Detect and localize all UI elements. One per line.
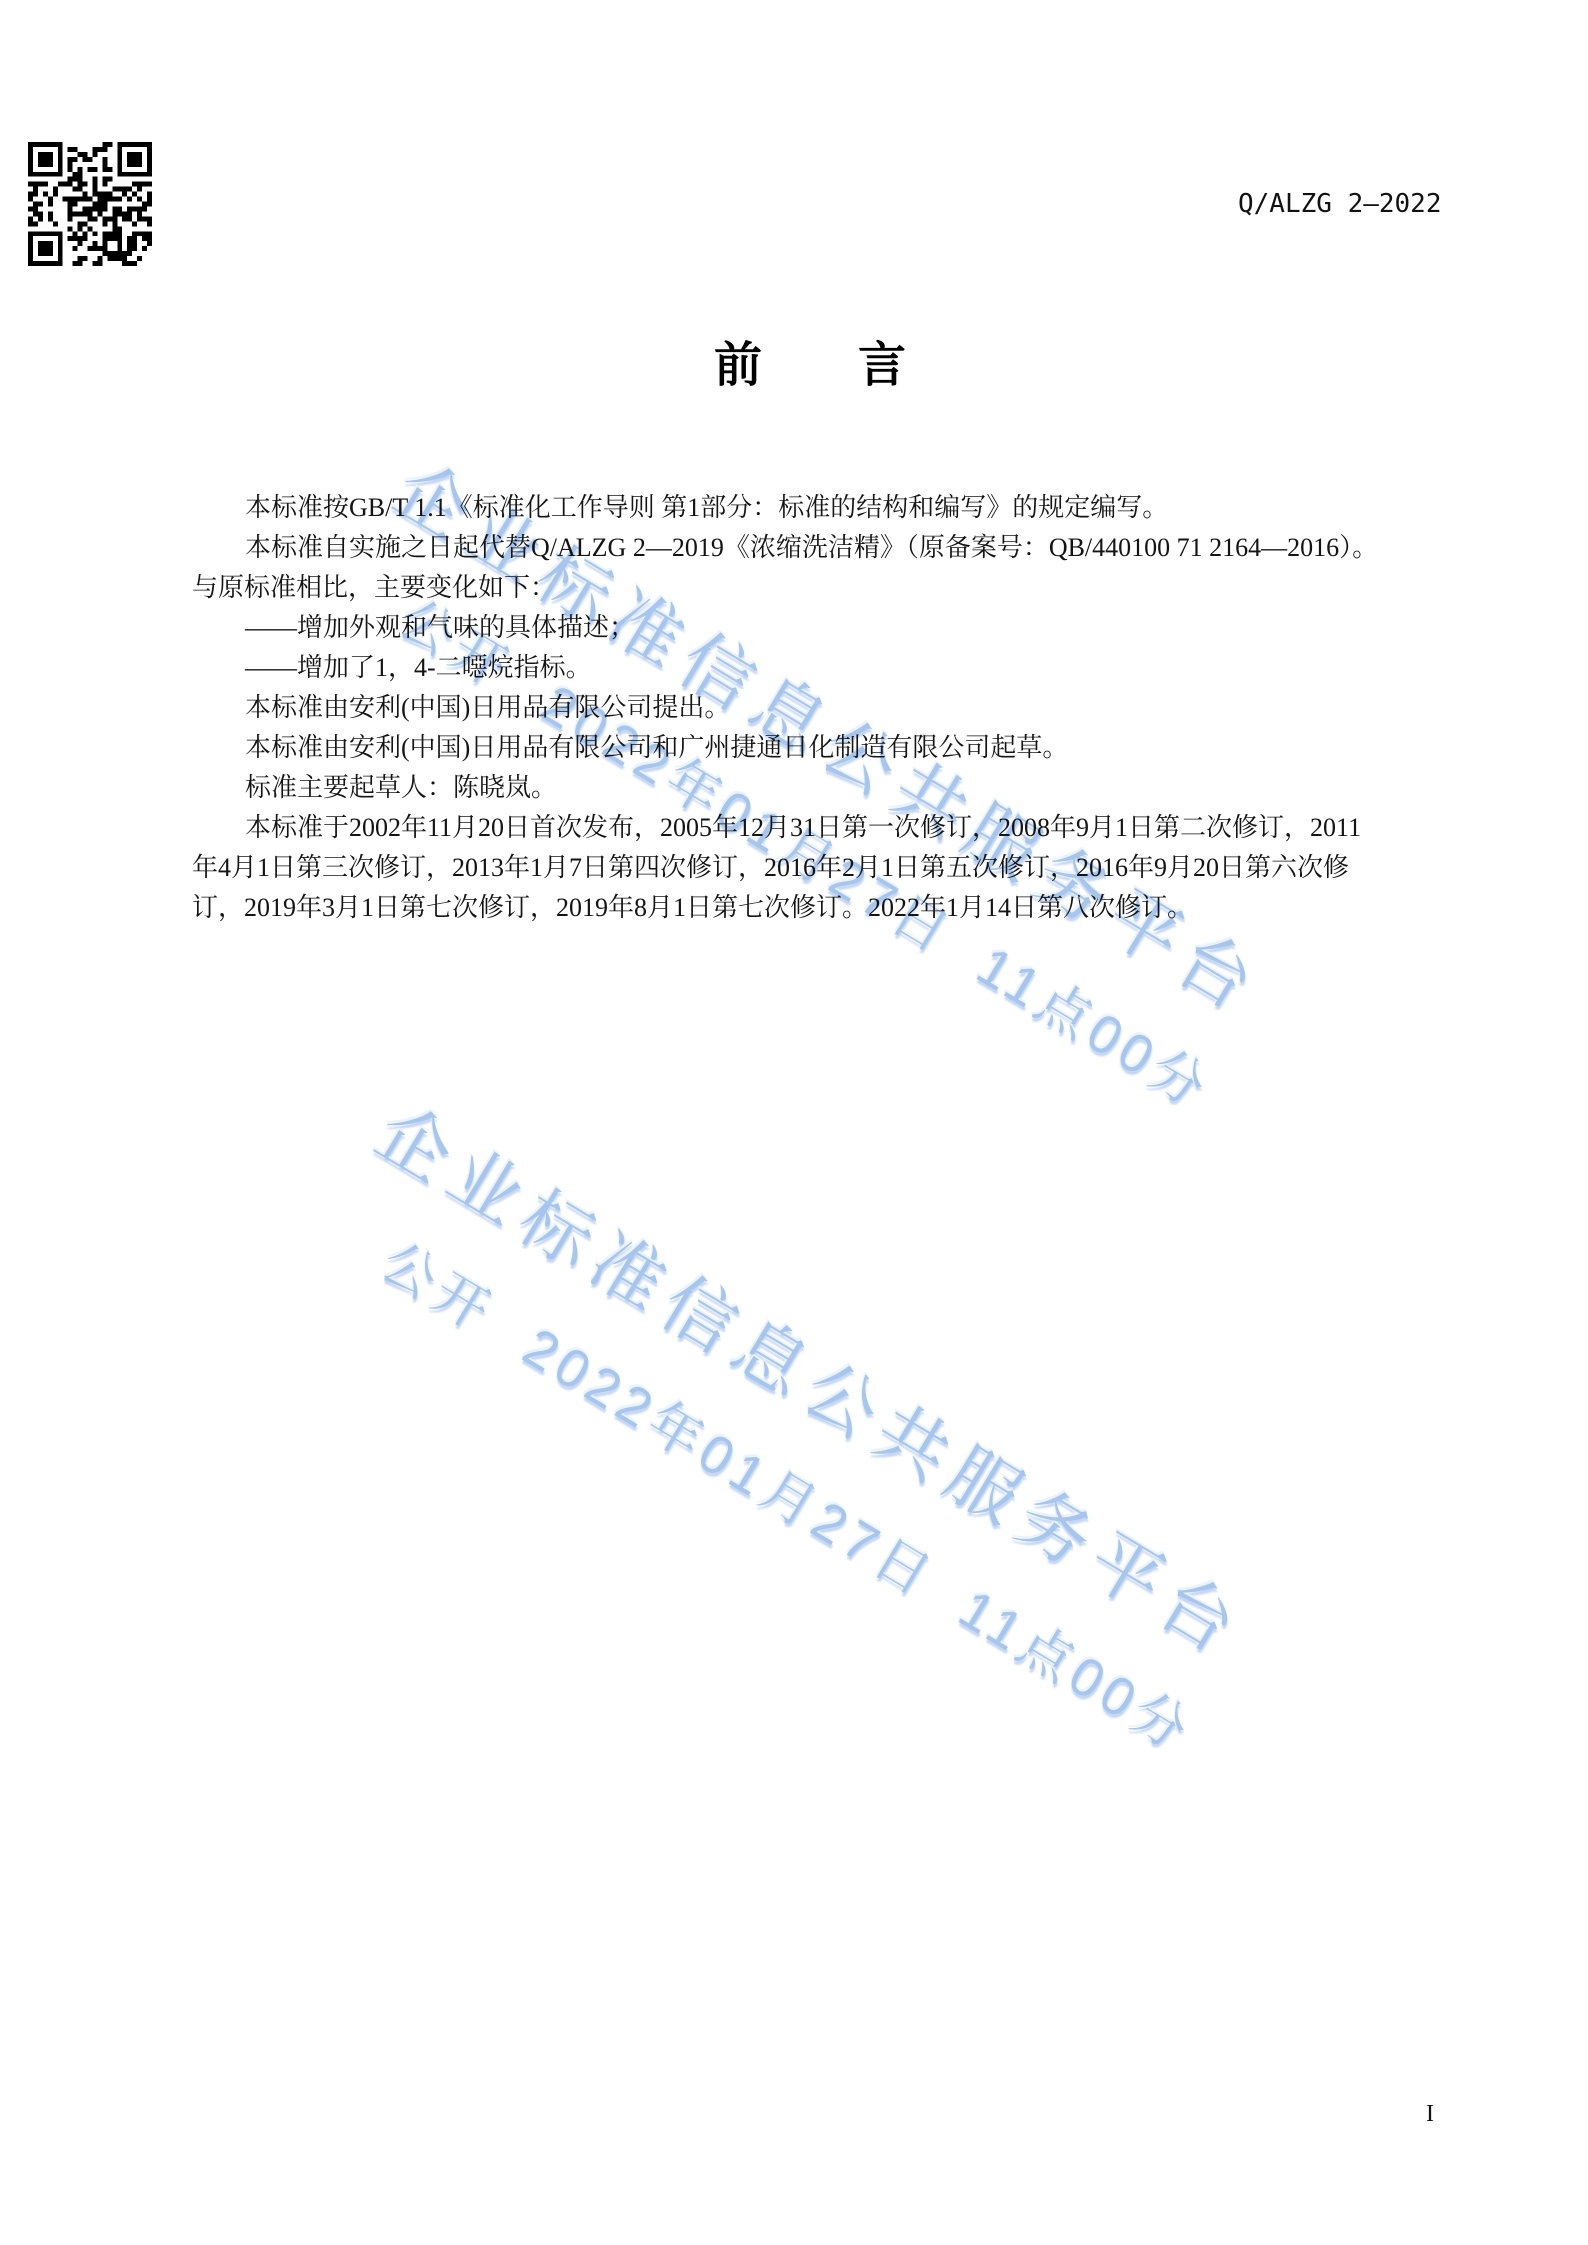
qr-code-icon (28, 142, 152, 266)
page-title: 前言 (0, 341, 1588, 391)
foreword-body: 本标准按GB/T 1.1《标准化工作导则 第1部分：标准的结构和编写》的规定编写… (192, 488, 1462, 928)
page-title-char2: 言 (858, 339, 906, 392)
watermark-public-label: 公开 (371, 1231, 505, 1344)
document-page: 企业标准信息公共服务平台 公开2022年01月27日11点00分 企业标准信息公… (0, 0, 1588, 2245)
watermark-lower: 企业标准信息公共服务平台 公开2022年01月27日11点00分 (312, 1095, 1263, 1761)
foreword-line: ——增加了1，4-二噁烷指标。 (192, 648, 1462, 688)
foreword-line: 本标准由安利(中国)日用品有限公司提出。 (192, 688, 1462, 728)
foreword-line: 本标准自实施之日起代替Q/ALZG 2—2019《浓缩洗洁精》（原备案号：QB/… (192, 528, 1462, 568)
watermark-time: 11点00分 (967, 936, 1221, 1121)
foreword-line: 标准主要起草人：陈晓岚。 (192, 768, 1462, 808)
watermark-time: 11点00分 (949, 1579, 1203, 1764)
doc-number: Q/ALZG 2—2022 (1238, 190, 1442, 219)
page-title-char1: 前 (714, 339, 762, 392)
foreword-line: 本标准由安利(中国)日用品有限公司和广州捷通日化制造有限公司起草。 (192, 728, 1462, 768)
foreword-line: 订，2019年3月1日第七次修订，2019年8月1日第七次修订。2022年1月1… (192, 888, 1462, 928)
foreword-line: 年4月1日第三次修订，2013年1月7日第四次修订，2016年2月1日第五次修订… (192, 848, 1462, 888)
foreword-line: ——增加外观和气味的具体描述； (192, 608, 1462, 648)
page-number: I (1426, 2101, 1434, 2128)
watermark-date: 2022年01月27日 (513, 1317, 945, 1610)
watermark-timestamp-line: 公开2022年01月27日11点00分 (312, 1198, 1201, 1762)
watermark-platform-text: 企业标准信息公共服务平台 (365, 1095, 1263, 1674)
foreword-line: 本标准于2002年11月20日首次发布，2005年12月31日第一次修订，200… (192, 808, 1462, 848)
foreword-line: 本标准按GB/T 1.1《标准化工作导则 第1部分：标准的结构和编写》的规定编写… (192, 488, 1462, 528)
foreword-line: 与原标准相比，主要变化如下： (192, 568, 1462, 608)
